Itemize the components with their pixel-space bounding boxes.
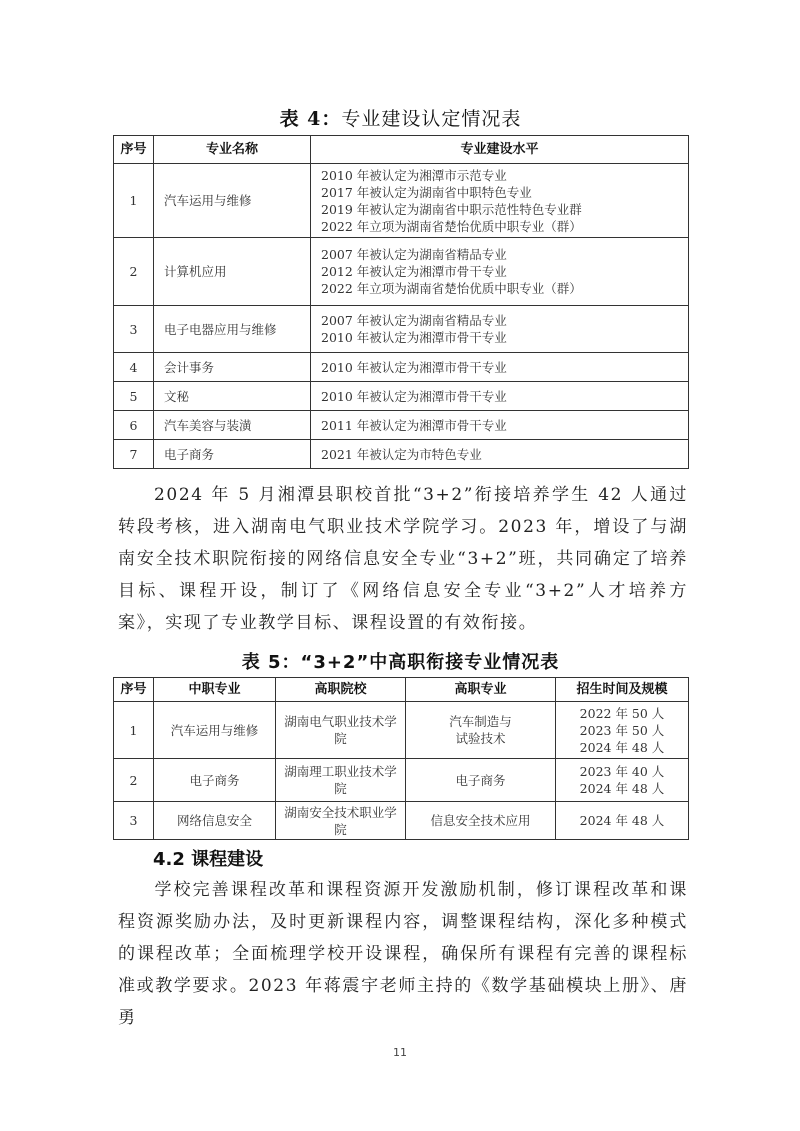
table4-caption-text: 专业建设认定情况表 bbox=[341, 108, 521, 130]
construction-level: 2007 年被认定为湖南省精品专业 2012 年被认定为湘潭市骨干专业 2022… bbox=[311, 238, 689, 306]
major-name: 汽车美容与装潢 bbox=[154, 411, 311, 440]
college: 湖南安全技术职业学院 bbox=[276, 802, 406, 840]
table4-caption: 表 4：专业建设认定情况表 bbox=[113, 104, 688, 131]
table5-header-row: 序号 中职专业 高职院校 高职专业 招生时间及规模 bbox=[114, 678, 689, 702]
college: 湖南理工职业技术学院 bbox=[276, 759, 406, 802]
college: 湖南电气职业技术学院 bbox=[276, 702, 406, 759]
table-row: 2 电子商务 湖南理工职业技术学院 电子商务 2023 年 40 人 2024 … bbox=[114, 759, 689, 802]
enrollment-line: 2022 年 50 人 bbox=[562, 705, 682, 722]
row-no: 4 bbox=[114, 353, 154, 382]
table4-header-row: 序号 专业名称 专业建设水平 bbox=[114, 136, 689, 164]
paragraph-course-construction: 学校完善课程改革和课程资源开发激励机制，修订课程改革和课程资源奖励办法，及时更新… bbox=[118, 874, 688, 1034]
table5-caption: 表 5：“3+2”中高职衔接专业情况表 bbox=[113, 648, 688, 674]
major-name: 会计事务 bbox=[154, 353, 311, 382]
row-no: 7 bbox=[114, 440, 154, 469]
table-row: 2 计算机应用 2007 年被认定为湖南省精品专业 2012 年被认定为湘潭市骨… bbox=[114, 238, 689, 306]
row-no: 3 bbox=[114, 802, 154, 840]
major-name: 计算机应用 bbox=[154, 238, 311, 306]
table-row: 5 文秘 2010 年被认定为湘潭市骨干专业 bbox=[114, 382, 689, 411]
level-line: 2017 年被认定为湖南省中职特色专业 bbox=[321, 184, 682, 201]
table-row: 1 汽车运用与维修 2010 年被认定为湘潭市示范专业 2017 年被认定为湖南… bbox=[114, 164, 689, 238]
level-line: 2007 年被认定为湖南省精品专业 bbox=[321, 312, 682, 329]
row-no: 1 bbox=[114, 164, 154, 238]
row-no: 1 bbox=[114, 702, 154, 759]
construction-level: 2010 年被认定为湘潭市骨干专业 bbox=[311, 382, 689, 411]
table4: 序号 专业名称 专业建设水平 1 汽车运用与维修 2010 年被认定为湘潭市示范… bbox=[113, 135, 689, 469]
major-name: 电子电器应用与维修 bbox=[154, 306, 311, 353]
level-line: 2010 年被认定为湘潭市示范专业 bbox=[321, 167, 682, 184]
construction-level: 2007 年被认定为湖南省精品专业 2010 年被认定为湘潭市骨干专业 bbox=[311, 306, 689, 353]
level-line: 2022 年立项为湖南省楚怡优质中职专业（群） bbox=[321, 218, 682, 235]
table4-header-level: 专业建设水平 bbox=[311, 136, 689, 164]
row-no: 5 bbox=[114, 382, 154, 411]
paragraph-text: 2024 年 5 月湘潭县职校首批“3+2”衔接培养学生 42 人通过转段考核，… bbox=[118, 485, 688, 633]
enrollment-line: 2023 年 50 人 bbox=[562, 722, 682, 739]
row-no: 6 bbox=[114, 411, 154, 440]
construction-level: 2021 年被认定为市特色专业 bbox=[311, 440, 689, 469]
college-major-line: 试验技术 bbox=[412, 730, 549, 747]
construction-level: 2010 年被认定为湘潭市骨干专业 bbox=[311, 353, 689, 382]
table5-header-no: 序号 bbox=[114, 678, 154, 702]
secondary-major: 电子商务 bbox=[154, 759, 276, 802]
table4-header-name: 专业名称 bbox=[154, 136, 311, 164]
table5-header-college-major: 高职专业 bbox=[406, 678, 556, 702]
table5-header-enrollment: 招生时间及规模 bbox=[556, 678, 689, 702]
level-line: 2022 年立项为湖南省楚怡优质中职专业（群） bbox=[321, 280, 682, 297]
construction-level: 2011 年被认定为湘潭市骨干专业 bbox=[311, 411, 689, 440]
table-row: 1 汽车运用与维修 湖南电气职业技术学院 汽车制造与 试验技术 2022 年 5… bbox=[114, 702, 689, 759]
college-major: 电子商务 bbox=[406, 759, 556, 802]
row-no: 3 bbox=[114, 306, 154, 353]
enrollment: 2024 年 48 人 bbox=[556, 802, 689, 840]
table4-caption-prefix: 表 4： bbox=[280, 108, 342, 130]
enrollment-line: 2023 年 40 人 bbox=[562, 763, 682, 780]
level-line: 2007 年被认定为湖南省精品专业 bbox=[321, 246, 682, 263]
table4-header-no: 序号 bbox=[114, 136, 154, 164]
college-major: 汽车制造与 试验技术 bbox=[406, 702, 556, 759]
table5-header-secondary-major: 中职专业 bbox=[154, 678, 276, 702]
paragraph-text: 学校完善课程改革和课程资源开发激励机制，修订课程改革和课程资源奖励办法，及时更新… bbox=[118, 880, 688, 1028]
major-name: 文秘 bbox=[154, 382, 311, 411]
secondary-major: 网络信息安全 bbox=[154, 802, 276, 840]
table-row: 3 网络信息安全 湖南安全技术职业学院 信息安全技术应用 2024 年 48 人 bbox=[114, 802, 689, 840]
college-major-line: 汽车制造与 bbox=[412, 713, 549, 730]
document-page: 表 4：专业建设认定情况表 序号 专业名称 专业建设水平 1 汽车运用与维修 2… bbox=[0, 0, 800, 1131]
enrollment-line: 2024 年 48 人 bbox=[562, 780, 682, 797]
table-row: 3 电子电器应用与维修 2007 年被认定为湖南省精品专业 2010 年被认定为… bbox=[114, 306, 689, 353]
level-line: 2019 年被认定为湖南省中职示范性特色专业群 bbox=[321, 201, 682, 218]
section-heading: 4.2 课程建设 bbox=[153, 845, 263, 871]
table-row: 7 电子商务 2021 年被认定为市特色专业 bbox=[114, 440, 689, 469]
enrollment: 2022 年 50 人 2023 年 50 人 2024 年 48 人 bbox=[556, 702, 689, 759]
enrollment: 2023 年 40 人 2024 年 48 人 bbox=[556, 759, 689, 802]
page-number: 11 bbox=[0, 1046, 800, 1059]
level-line: 2012 年被认定为湘潭市骨干专业 bbox=[321, 263, 682, 280]
enrollment-line: 2024 年 48 人 bbox=[562, 739, 682, 756]
construction-level: 2010 年被认定为湘潭市示范专业 2017 年被认定为湖南省中职特色专业 20… bbox=[311, 164, 689, 238]
major-name: 汽车运用与维修 bbox=[154, 164, 311, 238]
row-no: 2 bbox=[114, 759, 154, 802]
table5-header-college: 高职院校 bbox=[276, 678, 406, 702]
secondary-major: 汽车运用与维修 bbox=[154, 702, 276, 759]
table-row: 6 汽车美容与装潢 2011 年被认定为湘潭市骨干专业 bbox=[114, 411, 689, 440]
table5: 序号 中职专业 高职院校 高职专业 招生时间及规模 1 汽车运用与维修 湖南电气… bbox=[113, 677, 689, 840]
paragraph-3plus2: 2024 年 5 月湘潭县职校首批“3+2”衔接培养学生 42 人通过转段考核，… bbox=[118, 479, 688, 639]
college-major: 信息安全技术应用 bbox=[406, 802, 556, 840]
row-no: 2 bbox=[114, 238, 154, 306]
table-row: 4 会计事务 2010 年被认定为湘潭市骨干专业 bbox=[114, 353, 689, 382]
major-name: 电子商务 bbox=[154, 440, 311, 469]
level-line: 2010 年被认定为湘潭市骨干专业 bbox=[321, 329, 682, 346]
